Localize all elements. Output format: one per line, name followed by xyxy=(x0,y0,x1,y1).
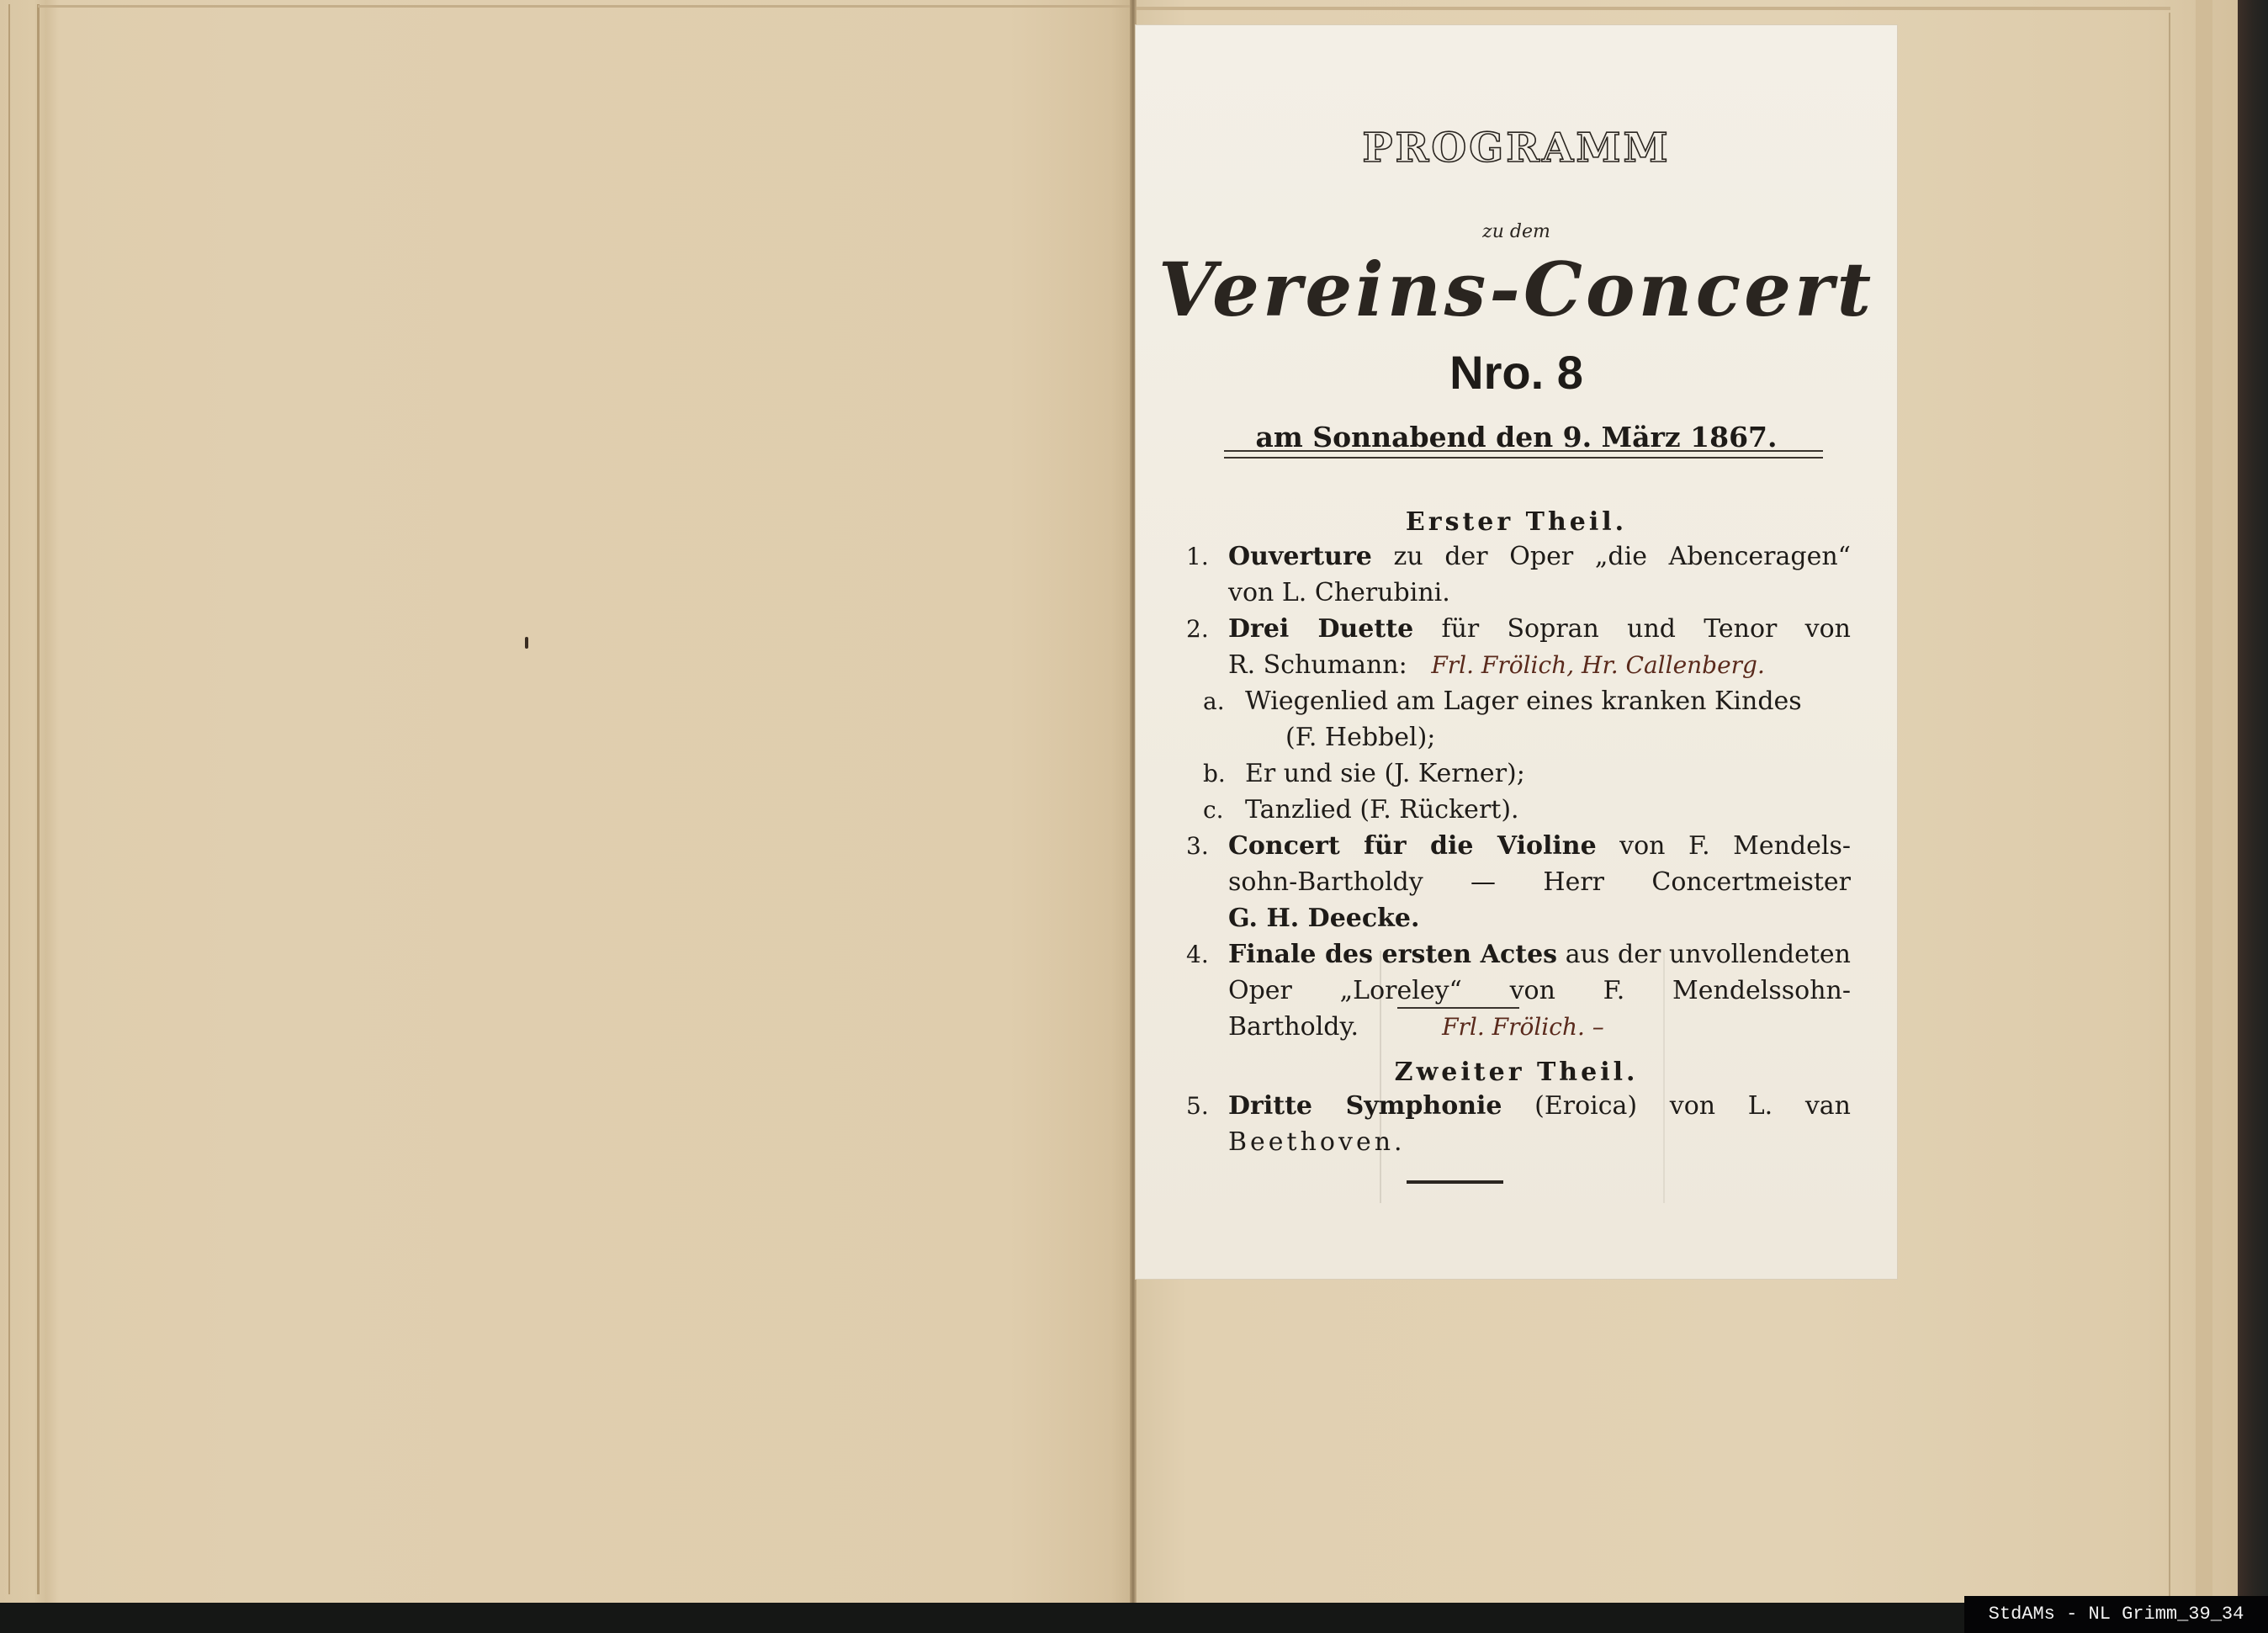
left-page-blank xyxy=(0,0,1134,1603)
item-text: Oper „Loreley“ von F. Mendelssohn- xyxy=(1228,973,1851,1009)
concert-number: Nro. 8 xyxy=(1136,345,1897,400)
item-text: für Sopran und Tenor von xyxy=(1441,614,1851,644)
item-text: zu der Oper „die Abenceragen“ xyxy=(1394,542,1851,571)
handwritten-annotation: Frl. Frölich. – xyxy=(1442,1013,1604,1041)
item-text: sohn-Bartholdy — Herr Concertmeister xyxy=(1228,864,1851,900)
item-text: Bartholdy. xyxy=(1228,1012,1359,1042)
page-edge-top xyxy=(1137,7,2170,10)
item-number: 1. xyxy=(1186,538,1209,575)
programme-item: 4. Finale des ersten Actes aus der unvol… xyxy=(1186,936,1851,1045)
open-book-scan: PROGRAMM zu dem Vereins-Concert Nro. 8 a… xyxy=(0,0,2268,1633)
programme-heading: PROGRAMM xyxy=(1136,125,1897,172)
performer-name: G. H. Deecke. xyxy=(1228,900,1851,936)
item-text: R. Schumann: xyxy=(1228,650,1407,680)
item-title: Concert für die Violine xyxy=(1228,831,1597,861)
item-title: Drei Duette xyxy=(1228,614,1413,644)
closing-rule xyxy=(1407,1180,1503,1184)
page-edge xyxy=(2169,13,2170,1603)
item-title: Dritte Symphonie xyxy=(1228,1091,1502,1121)
item-number: 4. xyxy=(1186,936,1209,973)
sub-item-text: (F. Hebbel); xyxy=(1186,719,1851,756)
page-edge-top xyxy=(38,5,1134,8)
sub-item-letter: b. xyxy=(1203,756,1226,792)
item-text: von L. Cherubini. xyxy=(1228,575,1851,611)
short-rule-divider xyxy=(1397,1007,1519,1009)
part-one-items: 1. Ouverture zu der Oper „die Abencerage… xyxy=(1186,538,1851,1045)
item-number: 3. xyxy=(1186,828,1209,864)
programme-item: 3. Concert für die Violine von F. Mendel… xyxy=(1186,828,1851,936)
page-edge xyxy=(8,4,10,1594)
item-number: 5. xyxy=(1186,1088,1209,1124)
item-title: Finale des ersten Actes xyxy=(1228,940,1557,969)
sub-item-text: Wiegenlied am Lager eines kranken Kindes xyxy=(1245,683,1851,719)
book-cover-edge xyxy=(2238,0,2268,1633)
programme-title: Vereins-Concert xyxy=(1136,246,1897,333)
sub-item-letter: c. xyxy=(1203,792,1224,828)
page-edge xyxy=(37,4,40,1594)
sub-item-text: Er und sie (J. Kerner); xyxy=(1245,756,1851,792)
item-text: aus der unvollendeten xyxy=(1566,940,1851,969)
paper-speck xyxy=(525,637,528,649)
part-one-heading: Erster Theil. xyxy=(1136,507,1897,537)
programme-subheading: zu dem xyxy=(1136,221,1897,242)
programme-item: 2. Drei Duette für Sopran und Tenor von … xyxy=(1186,611,1851,683)
item-title: Ouverture xyxy=(1228,542,1372,571)
item-number: 2. xyxy=(1186,611,1209,647)
concert-date: am Sonnabend den 9. März 1867. xyxy=(1136,421,1897,453)
handwritten-annotation: Frl. Frölich, Hr. Callenberg. xyxy=(1431,651,1765,679)
sub-item-letter: a. xyxy=(1203,683,1225,719)
archive-reference-label: StdAMs - NL Grimm_39_34 xyxy=(1964,1596,2268,1633)
double-rule-divider xyxy=(1224,450,1823,459)
sub-item-text: Tanzlied (F. Rückert). xyxy=(1245,792,1851,828)
item-text: Beethoven. xyxy=(1228,1124,1851,1160)
part-two-heading: Zweiter Theil. xyxy=(1136,1058,1897,1087)
programme-item: 1. Ouverture zu der Oper „die Abencerage… xyxy=(1186,538,1851,611)
programme-item: 5. Dritte Symphonie (Eroica) von L. van … xyxy=(1186,1088,1851,1160)
item-text: (Eroica) von L. van xyxy=(1534,1091,1851,1121)
sub-item: c. Tanzlied (F. Rückert). xyxy=(1186,792,1851,828)
page-edge-stack xyxy=(2196,0,2212,1603)
concert-programme-slip: PROGRAMM zu dem Vereins-Concert Nro. 8 a… xyxy=(1136,25,1897,1279)
sub-item: a. Wiegenlied am Lager eines kranken Kin… xyxy=(1186,683,1851,719)
part-two-items: 5. Dritte Symphonie (Eroica) von L. van … xyxy=(1186,1088,1851,1160)
scan-background xyxy=(0,1603,2268,1633)
item-text: von F. Mendels- xyxy=(1619,831,1851,861)
sub-item: b. Er und sie (J. Kerner); xyxy=(1186,756,1851,792)
